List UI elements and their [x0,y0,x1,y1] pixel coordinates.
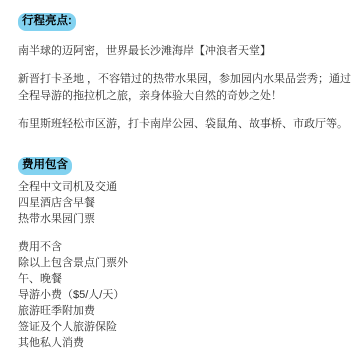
highlights-paragraph-1: 南半球的迈阿密，世界最长沙滩海岸【冲浪者天堂】 [18,43,352,60]
fee-included-item: 四星酒店含早餐 [18,195,352,211]
fees-included-section: 费用包含 全程中文司机及交通 四星酒店含早餐 热带水果园门票 [18,157,352,227]
fees-included-header-line: 费用包含 [18,157,352,175]
travel-note-page: 行程亮点: 南半球的迈阿密，世界最长沙滩海岸【冲浪者天堂】 新晋打卡圣地 ，不容… [0,0,360,351]
fee-excluded-item: 其他私人消费 [18,335,352,351]
fee-included-item: 全程中文司机及交通 [18,179,352,195]
fee-excluded-item: 午、晚餐 [18,271,352,287]
highlights-paragraph-2: 新晋打卡圣地 ，不容错过的热带水果园，参加园内水果品尝秀；通过 全程导游的拖拉机… [18,71,352,105]
fee-included-item: 热带水果园门票 [18,211,352,227]
fee-excluded-item: 导游小费（$5/人/天） [18,287,352,303]
fees-included-list: 全程中文司机及交通 四星酒店含早餐 热带水果园门票 [18,179,352,227]
fees-excluded-header: 费用不含 [18,239,352,255]
highlights-section: 行程亮点: 南半球的迈阿密，世界最长沙滩海岸【冲浪者天堂】 新晋打卡圣地 ，不容… [18,13,352,133]
fees-excluded-section: 费用不含 除以上包含景点门票外 午、晚餐 导游小费（$5/人/天） 旅游旺季附加… [18,239,352,351]
fees-excluded-list: 除以上包含景点门票外 午、晚餐 导游小费（$5/人/天） 旅游旺季附加费 签证及… [18,255,352,351]
highlights-header: 行程亮点: [18,13,76,31]
highlights-paragraph-3: 布里斯班轻松市区游，打卡南岸公园、袋鼠角、故事桥、市政厅等。 [18,116,352,133]
fee-excluded-item: 除以上包含景点门票外 [18,255,352,271]
highlights-header-line: 行程亮点: [18,13,352,31]
fees-included-header: 费用包含 [18,157,72,175]
fee-excluded-item: 旅游旺季附加费 [18,303,352,319]
fee-excluded-item: 签证及个人旅游保险 [18,319,352,335]
